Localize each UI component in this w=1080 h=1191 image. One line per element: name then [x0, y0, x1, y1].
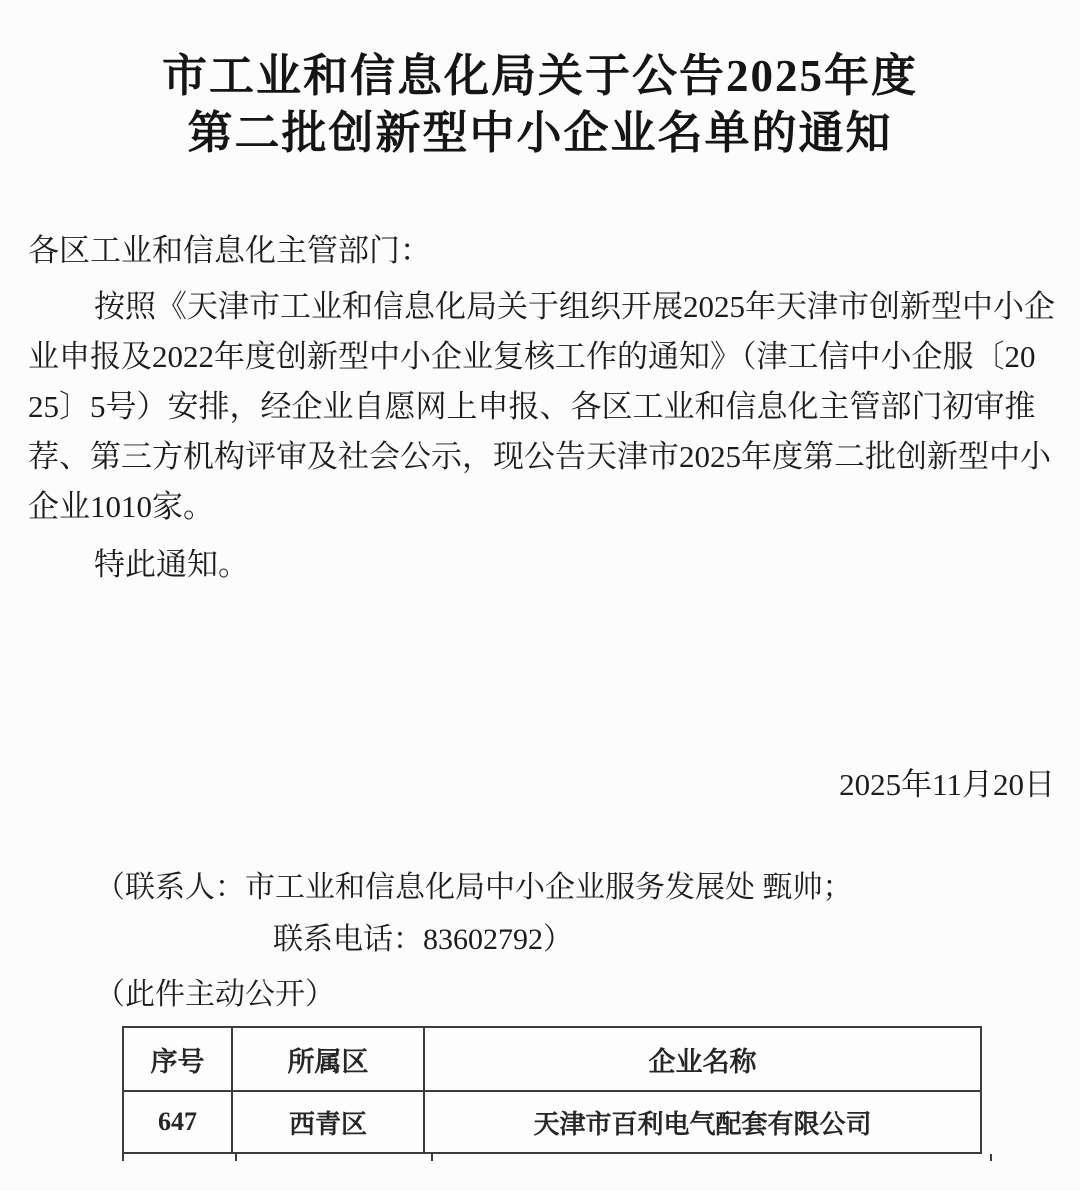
body-line: 荐、第三方机构评审及社会公示，现公告天津市2025年度第二批创新型中小 — [28, 432, 1066, 482]
body-line: 企业1010家。 — [28, 482, 1066, 532]
table-header-company: 企业名称 — [424, 1027, 981, 1091]
disclosure-note: （此件主动公开） — [95, 974, 1060, 1016]
cell-district: 西青区 — [232, 1091, 424, 1153]
stub-cell — [431, 1154, 992, 1161]
table-cutoff-next-row — [122, 1154, 1080, 1161]
cell-seq: 647 — [123, 1091, 232, 1153]
table-header-seq: 序号 — [123, 1027, 232, 1091]
contact-block: （联系人：市工业和信息化局中小企业服务发展处 甄帅； 联系电话：83602792… — [95, 862, 1066, 966]
body-paragraph: 按照《天津市工业和信息化局关于组织开展2025年天津市创新型中小企 业申报及20… — [28, 282, 1066, 532]
salutation: 各区工业和信息化主管部门： — [28, 226, 1060, 276]
document-title: 市工业和信息化局关于公告2025年度 第二批创新型中小企业名单的通知 — [20, 48, 1060, 162]
cell-company: 天津市百利电气配套有限公司 — [424, 1091, 981, 1153]
body-line: 业申报及2022年度创新型中小企业复核工作的通知》（津工信中小企服〔20 — [28, 332, 1066, 382]
companies-table: 序号 所属区 企业名称 647 西青区 天津市百利电气配套有限公司 — [122, 1026, 982, 1154]
title-line-2: 第二批创新型中小企业名单的通知 — [20, 105, 1060, 162]
body-line: 25〕5号）安排，经企业自愿网上申报、各区工业和信息化主管部门初审推 — [28, 382, 1066, 432]
stub-cell — [235, 1154, 431, 1161]
body-line: 按照《天津市工业和信息化局关于组织开展2025年天津市创新型中小企 — [28, 282, 1066, 332]
closing-line: 特此通知。 — [28, 540, 1060, 590]
table-row: 647 西青区 天津市百利电气配套有限公司 — [123, 1091, 981, 1153]
stub-cell — [122, 1154, 235, 1161]
table-header-row: 序号 所属区 企业名称 — [123, 1027, 981, 1091]
contact-line-2: 联系电话：83602792） — [273, 914, 1066, 966]
table-header-district: 所属区 — [232, 1027, 424, 1091]
document-date: 2025年11月20日 — [0, 760, 1055, 810]
contact-line-1: （联系人：市工业和信息化局中小企业服务发展处 甄帅； — [95, 862, 1066, 914]
notice-document-page: 市工业和信息化局关于公告2025年度 第二批创新型中小企业名单的通知 各区工业和… — [0, 0, 1080, 1191]
title-line-1: 市工业和信息化局关于公告2025年度 — [20, 48, 1060, 105]
